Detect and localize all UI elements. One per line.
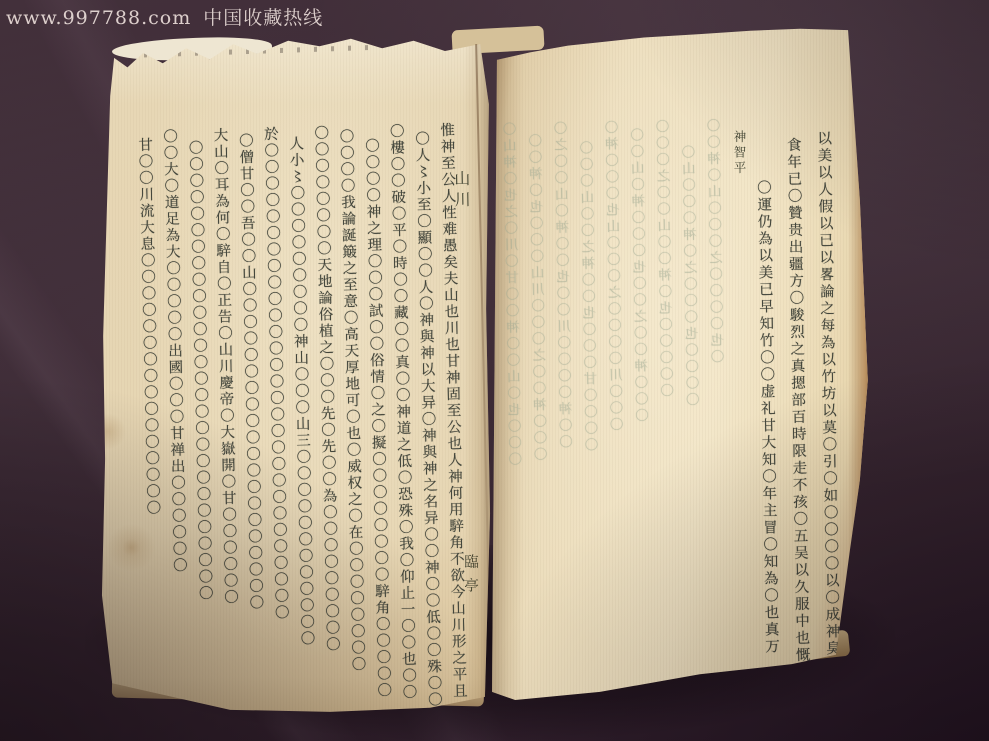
right-page-top-label: 神智平 [730,130,748,177]
right-page-handwriting: 以美以人假以已以畧論之每為以竹坊以莫〇引〇如〇〇〇〇以〇成神臭不知食年已〇贊贵出… [746,130,847,672]
right-page: 〇山神〇也之〇川〇甘〇〇神〇〇山〇也〇〇〇〇〇神〇也〇〇〇山川〇〇〇之〇〇神〇〇… [492,24,872,700]
photo-scene: 惟神至公人性难愚矣夫山也川也甘神固至公也人神何用騂角不欲今山川形之平且〇人〻小至… [0,0,989,741]
section-title: 山川 [450,170,474,212]
margin-label: 臨亭 [460,554,481,601]
ink-bleedthrough-text: 〇山神〇也之〇川〇甘〇〇神〇〇山〇也〇〇〇〇〇神〇也〇〇〇山川〇〇〇之〇〇神〇〇… [501,118,742,650]
manuscript-book: 惟神至公人性难愚矣夫山也川也甘神固至公也人神何用騂角不欲今山川形之平且〇人〻小至… [0,0,989,741]
left-page: 惟神至公人性难愚矣夫山也川也甘神固至公也人神何用騂角不欲今山川形之平且〇人〻小至… [100,36,492,718]
left-page-handwriting: 惟神至公人性难愚矣夫山也川也甘神固至公也人神何用騂角不欲今山川形之平且〇人〻小至… [130,122,472,729]
watermark-text: www.997788.com 中国收藏热线 [6,3,323,30]
